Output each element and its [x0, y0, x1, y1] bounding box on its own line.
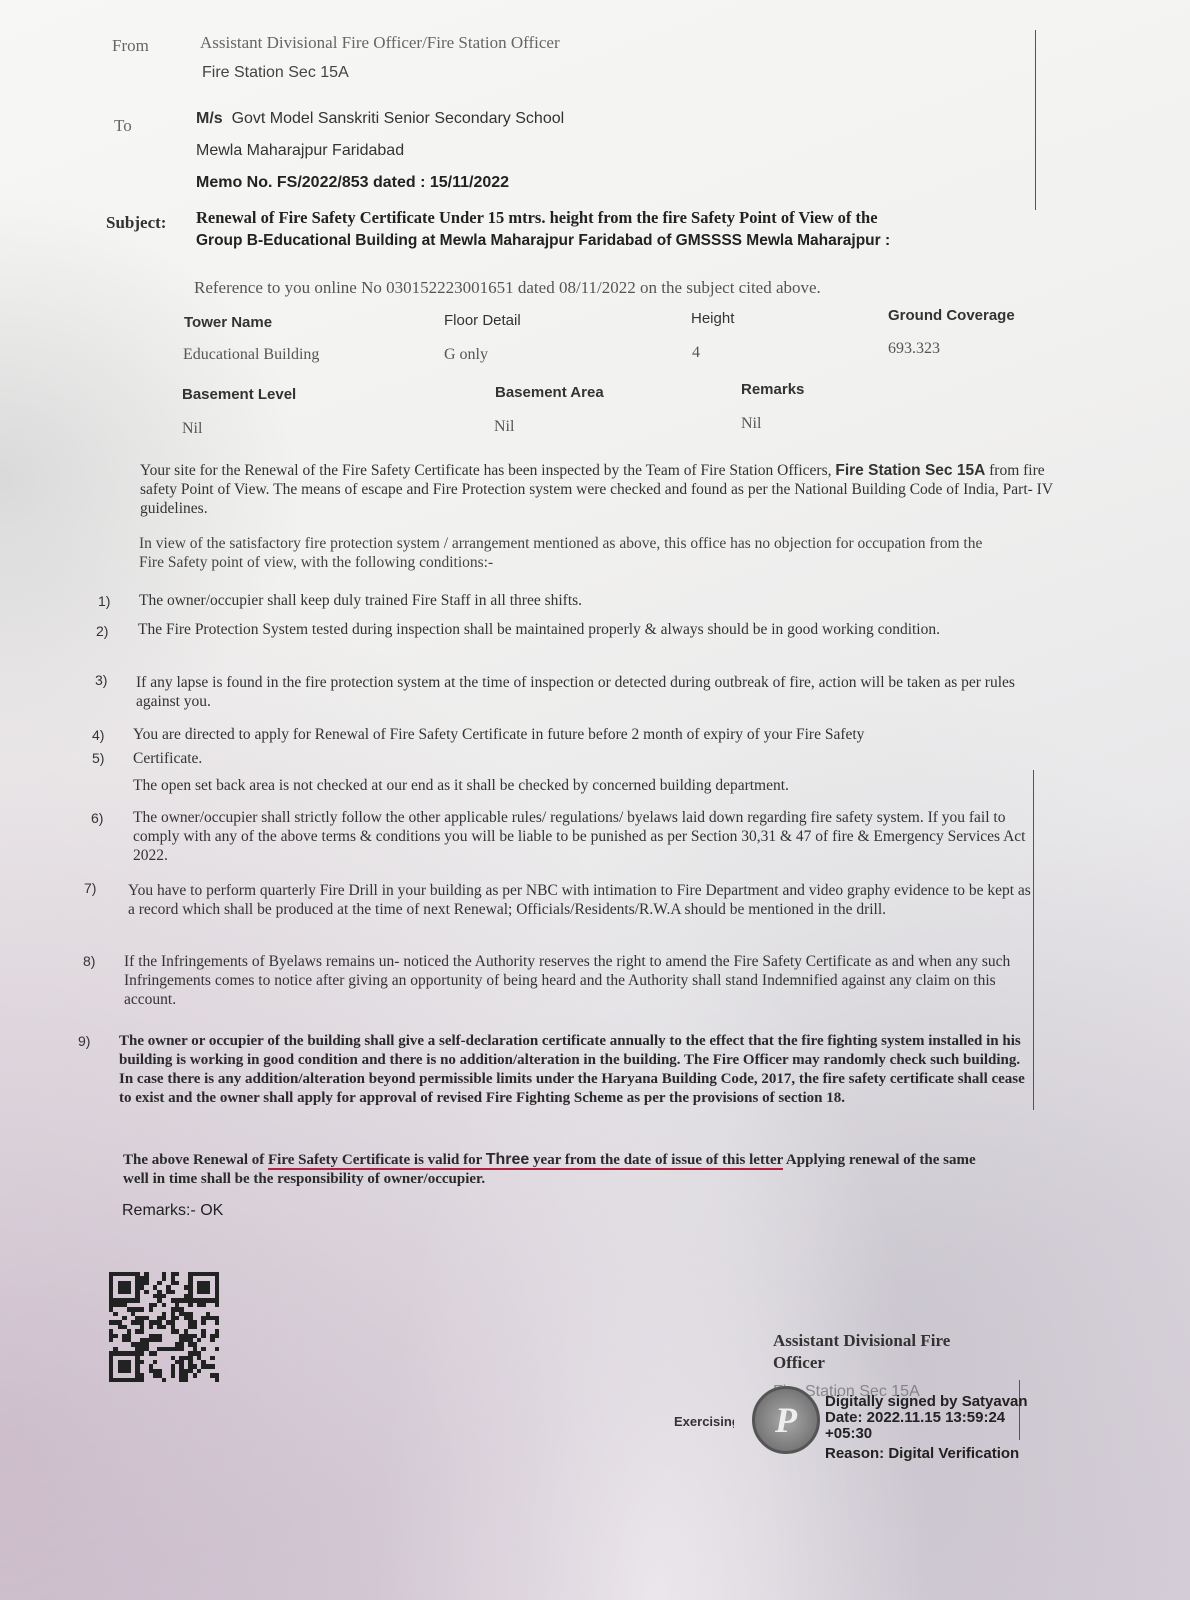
- condition-item: The owner or occupier of the building sh…: [119, 1032, 1031, 1108]
- subject-label: Subject:: [106, 213, 166, 233]
- condition-number: 3): [95, 672, 107, 688]
- condition-number: 8): [83, 953, 95, 969]
- digital-signature-stamp: P: [752, 1386, 820, 1454]
- condition-item: The owner/occupier shall keep duly train…: [139, 591, 1019, 610]
- stamp-letter: P: [775, 1399, 797, 1441]
- digital-signature-details: Digitally signed by Satyavan Date: 2022.…: [825, 1394, 1028, 1462]
- to-label: To: [114, 116, 132, 136]
- td-remarks: Nil: [741, 415, 761, 433]
- signature-timezone: +05:30: [825, 1426, 1028, 1442]
- signature-date: Date: 2022.11.15 13:59:24: [825, 1410, 1028, 1426]
- td-tower-name: Educational Building: [183, 346, 319, 364]
- subject-line1: Renewal of Fire Safety Certificate Under…: [196, 208, 878, 228]
- condition-item: The open set back area is not checked at…: [133, 776, 1033, 795]
- to-recipient: M/s Govt Model Sanskriti Senior Secondar…: [196, 110, 564, 128]
- th-remarks: Remarks: [741, 381, 804, 398]
- th-basement-level: Basement Level: [182, 386, 296, 403]
- signature-reason: Reason: Digital Verification: [825, 1446, 1028, 1462]
- subject-line2: Group B-Educational Building at Mewla Ma…: [196, 232, 890, 250]
- th-height: Height: [691, 310, 734, 327]
- memo-number: Memo No. FS/2022/853 dated : 15/11/2022: [196, 174, 509, 192]
- remarks-ok: Remarks:- OK: [122, 1202, 223, 1220]
- exercising-powers: Exercising the powers of Director, Fire …: [674, 1414, 734, 1429]
- station-name: Fire Station Sec 15A: [835, 462, 985, 479]
- condition-number: 6): [91, 810, 103, 826]
- from-line1: Assistant Divisional Fire Officer/Fire S…: [200, 33, 560, 53]
- margin-line: [1035, 30, 1036, 210]
- margin-line: [1033, 770, 1034, 1110]
- th-tower-name: Tower Name: [184, 314, 272, 331]
- condition-item: If the Infringements of Byelaws remains …: [124, 952, 1036, 1009]
- condition-item: You have to perform quarterly Fire Drill…: [128, 881, 1034, 919]
- validity-text: The above Renewal of: [123, 1152, 268, 1168]
- signatory-title-line: Officer: [773, 1352, 950, 1374]
- th-basement-area: Basement Area: [495, 384, 604, 401]
- th-floor-detail: Floor Detail: [444, 312, 521, 329]
- td-basement-level: Nil: [182, 420, 202, 438]
- inspection-paragraph: Your site for the Renewal of the Fire Sa…: [140, 461, 1068, 518]
- signatory-title: Assistant Divisional Fire Officer: [773, 1330, 950, 1374]
- condition-number: 1): [98, 593, 110, 609]
- validity-duration: Three: [486, 1151, 530, 1170]
- signed-by: Digitally signed by Satyavan: [825, 1394, 1028, 1410]
- from-line2: Fire Station Sec 15A: [202, 64, 349, 82]
- to-address: Mewla Maharajpur Faridabad: [196, 142, 404, 160]
- td-floor-detail: G only: [444, 346, 488, 364]
- condition-item: The Fire Protection System tested during…: [138, 620, 1026, 639]
- td-ground-coverage: 693.323: [888, 340, 940, 358]
- condition-item: You are directed to apply for Renewal of…: [133, 725, 1033, 744]
- td-basement-area: Nil: [494, 418, 514, 436]
- th-ground-coverage: Ground Coverage: [888, 307, 1015, 324]
- condition-item: Certificate.: [133, 749, 202, 768]
- condition-number: 9): [78, 1033, 90, 1049]
- condition-item: If any lapse is found in the fire protec…: [136, 673, 1042, 711]
- condition-number: 2): [96, 623, 108, 639]
- condition-number: 7): [84, 880, 96, 896]
- to-name: Govt Model Sanskriti Senior Secondary Sc…: [232, 110, 565, 127]
- no-objection-paragraph: In view of the satisfactory fire protect…: [139, 534, 1009, 572]
- td-height: 4: [692, 344, 700, 362]
- condition-number: 4): [92, 727, 104, 743]
- from-label: From: [112, 36, 149, 56]
- validity-highlight: Fire Safety Certificate is valid for: [268, 1152, 486, 1170]
- condition-number: 5): [92, 750, 104, 766]
- inspection-text: Your site for the Renewal of the Fire Sa…: [140, 462, 835, 479]
- reference-line: Reference to you online No 0301522230016…: [194, 278, 821, 298]
- to-prefix: M/s: [196, 110, 223, 127]
- validity-paragraph: The above Renewal of Fire Safety Certifi…: [123, 1150, 993, 1189]
- signatory-title-line: Assistant Divisional Fire: [773, 1330, 950, 1352]
- condition-item: The owner/occupier shall strictly follow…: [133, 808, 1029, 865]
- validity-highlight: year from the date of issue of this lett…: [529, 1152, 783, 1170]
- qr-code: [109, 1272, 219, 1382]
